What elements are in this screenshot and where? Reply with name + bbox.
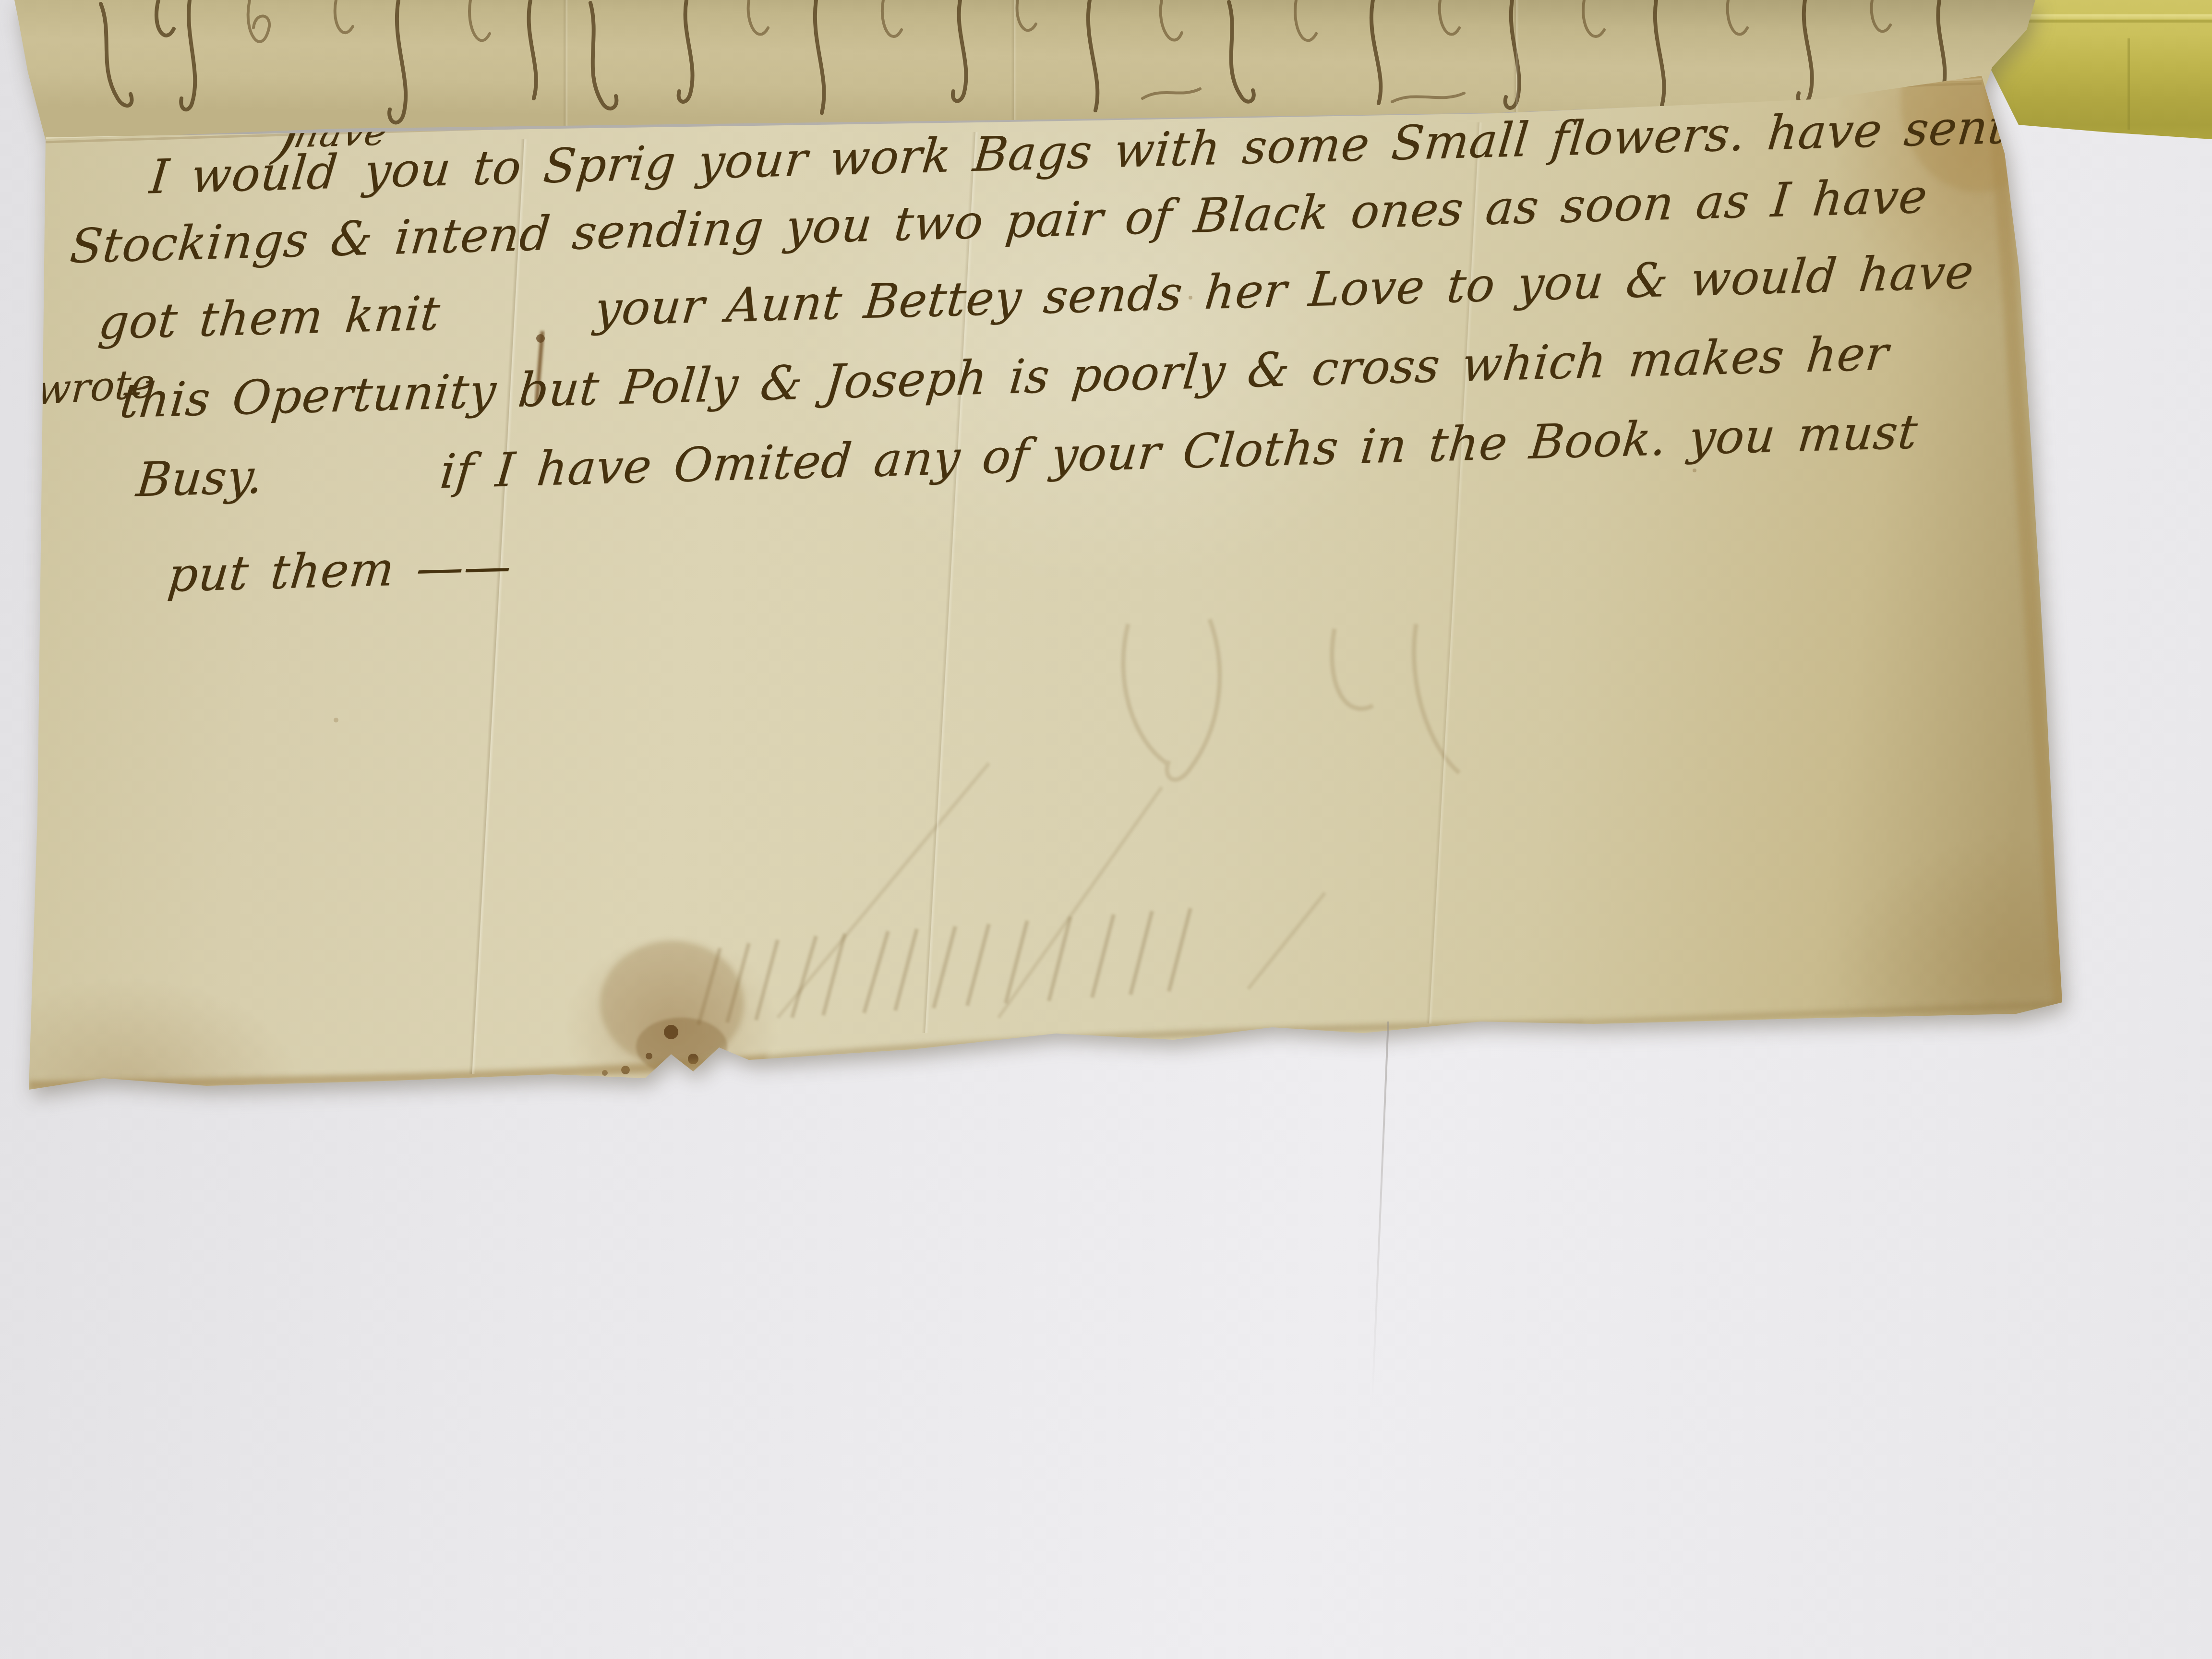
photo-scene: I wouldyou to Sprig your work Bags with … (0, 0, 2212, 1659)
handwritten-line: Busy. if I have Omited any of your Cloth… (134, 409, 1920, 504)
letter-sheet-group: I wouldyou to Sprig your work Bags with … (0, 0, 2212, 1659)
bleedthrough-long-strokes (778, 763, 1325, 1018)
bleedthrough-signature-strokes (698, 908, 1190, 1025)
bleedthrough-curves (1123, 619, 1459, 780)
handwritten-line: put them —— (166, 542, 514, 599)
letter-sheet: I wouldyou to Sprig your work Bags with … (0, 0, 2212, 1659)
marginal-word: wrote (35, 360, 156, 414)
insertion-gap (336, 187, 363, 188)
handwritten-line: this Opertunity but Polly & Joseph is po… (118, 330, 1890, 425)
fold-crease (563, 0, 568, 144)
letter-body-text: I wouldyou to Sprig your work Bags with … (67, 79, 2126, 662)
